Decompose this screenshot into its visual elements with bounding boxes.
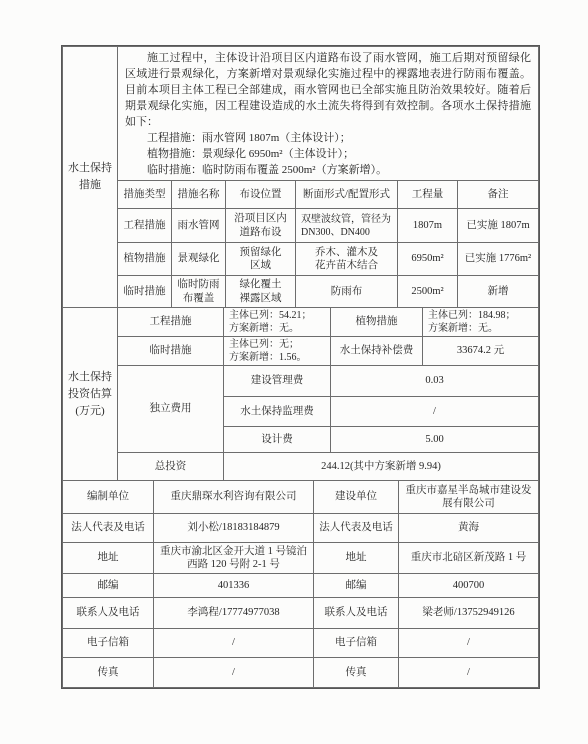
measure-note: 已实施 1807m	[458, 209, 539, 243]
col-header-measure-name: 措施名称	[172, 181, 226, 209]
measure-form: 防雨布	[296, 276, 398, 308]
investment-row-2: 临时措施 主体已列：无； 方案新增：1.56。 水土保持补偿费 33674.2 …	[63, 337, 539, 366]
independent-cost-label: 独立费用	[118, 366, 224, 453]
measure-form: 乔木、灌木及 花卉苗木结合	[296, 243, 398, 276]
compiling-unit-label: 编制单位	[63, 481, 154, 514]
measures-section-label: 水土保持 措施	[63, 47, 118, 308]
fee-value: 5.00	[331, 427, 539, 453]
investment-plant-value: 主体已列：184.98； 方案新增：无。	[423, 308, 539, 337]
measure-note: 已实施 1776m²	[458, 243, 539, 276]
fax-label: 传真	[63, 658, 154, 688]
fax-value: /	[154, 658, 314, 688]
compensation-fee-label: 水土保持补偿费	[331, 337, 423, 366]
soil-conservation-report-table: 水土保持 措施 施工过程中，主体设计沿项目区内道路布设了雨水管网，施工后期对预留…	[61, 45, 540, 689]
contact-row-legal-rep: 法人代表及电话 刘小松/18183184879 法人代表及电话 黄海	[63, 514, 539, 543]
fee-name: 建设管理费	[224, 366, 331, 397]
construction-unit-value: 重庆市嘉星半岛城市建设发 展有限公司	[399, 481, 539, 514]
measure-name: 临时防雨 布覆盖	[172, 276, 226, 308]
col-header-location: 布设位置	[226, 181, 296, 209]
measure-location: 沿项目区内 道路布设	[226, 209, 296, 243]
contact-person-value: 梁老师/13752949126	[399, 598, 539, 629]
address-label: 地址	[314, 543, 399, 574]
fax-value: /	[399, 658, 539, 688]
postcode-label: 邮编	[314, 574, 399, 598]
measures-summary-cell: 施工过程中，主体设计沿项目区内道路布设了雨水管网，施工后期对预留绿化区域进行景观…	[118, 47, 539, 181]
total-investment-row: 总投资 244.12(其中方案新增 9.94)	[63, 453, 539, 481]
fee-value: 0.03	[331, 366, 539, 397]
email-label: 电子信箱	[314, 629, 399, 658]
document-page: 水土保持 措施 施工过程中，主体设计沿项目区内道路布设了雨水管网，施工后期对预留…	[0, 0, 588, 744]
contact-row-postcode: 邮编 401336 邮编 400700	[63, 574, 539, 598]
postcode-value: 401336	[154, 574, 314, 598]
measure-type: 临时措施	[118, 276, 172, 308]
total-investment-label: 总投资	[118, 453, 224, 481]
fax-label: 传真	[314, 658, 399, 688]
measure-name: 景观绿化	[172, 243, 226, 276]
contact-row-fax: 传真 / 传真 /	[63, 658, 539, 688]
summary-plant-line: 植物措施：景观绿化 6950m²（主体设计）；	[125, 146, 531, 162]
measure-quantity: 6950m²	[398, 243, 458, 276]
investment-row-1: 水土保持 投资估算 (万元) 工程措施 主体已列：54.21； 方案新增：无。 …	[63, 308, 539, 337]
postcode-value: 400700	[399, 574, 539, 598]
compensation-fee-value: 33674.2 元	[423, 337, 539, 366]
contact-row-email: 电子信箱 / 电子信箱 /	[63, 629, 539, 658]
email-label: 电子信箱	[63, 629, 154, 658]
col-header-note: 备注	[458, 181, 539, 209]
legal-rep-label: 法人代表及电话	[63, 514, 154, 543]
contact-row-person: 联系人及电话 李鸿程/17774977038 联系人及电话 梁老师/137529…	[63, 598, 539, 629]
investment-engineering-label: 工程措施	[118, 308, 224, 337]
measure-location: 绿化覆土 裸露区域	[226, 276, 296, 308]
contact-row-unit: 编制单位 重庆鼎琛水利咨询有限公司 建设单位 重庆市嘉星半岛城市建设发 展有限公…	[63, 481, 539, 514]
contacts-section: 编制单位 重庆鼎琛水利咨询有限公司 建设单位 重庆市嘉星半岛城市建设发 展有限公…	[62, 480, 539, 688]
col-header-measure-type: 措施类型	[118, 181, 172, 209]
contact-person-label: 联系人及电话	[63, 598, 154, 629]
email-value: /	[399, 629, 539, 658]
contact-person-value: 李鸿程/17774977038	[154, 598, 314, 629]
measure-row-temporary: 临时措施 临时防雨 布覆盖 绿化覆土 裸露区域 防雨布 2500m² 新增	[63, 276, 539, 308]
fee-name: 设计费	[224, 427, 331, 453]
contact-row-address: 地址 重庆市渝北区金开大道 1 号镜泊 西路 120 号附 2-1 号 地址 重…	[63, 543, 539, 574]
investment-temporary-label: 临时措施	[118, 337, 224, 366]
address-value: 重庆市渝北区金开大道 1 号镜泊 西路 120 号附 2-1 号	[154, 543, 314, 574]
investment-engineering-value: 主体已列：54.21； 方案新增：无。	[224, 308, 331, 337]
measure-form: 双壁波纹管，管径为 DN300、DN400	[296, 209, 398, 243]
address-label: 地址	[63, 543, 154, 574]
measure-location: 预留绿化 区域	[226, 243, 296, 276]
legal-rep-value: 刘小松/18183184879	[154, 514, 314, 543]
summary-temporary-line: 临时措施：临时防雨布覆盖 2500m²（方案新增）。	[125, 162, 531, 178]
measure-type: 工程措施	[118, 209, 172, 243]
col-header-section-form: 断面形式/配置形式	[296, 181, 398, 209]
investment-section: 水土保持 投资估算 (万元) 工程措施 主体已列：54.21； 方案新增：无。 …	[62, 307, 539, 481]
summary-engineering-line: 工程措施：雨水管网 1807m（主体设计）；	[125, 130, 531, 146]
investment-temporary-value: 主体已列：无； 方案新增：1.56。	[224, 337, 331, 366]
measure-type: 植物措施	[118, 243, 172, 276]
measure-note: 新增	[458, 276, 539, 308]
summary-paragraph: 施工过程中，主体设计沿项目区内道路布设了雨水管网，施工后期对预留绿化区域进行景观…	[125, 50, 531, 130]
legal-rep-label: 法人代表及电话	[314, 514, 399, 543]
measure-row-plant: 植物措施 景观绿化 预留绿化 区域 乔木、灌木及 花卉苗木结合 6950m² 已…	[63, 243, 539, 276]
contact-person-label: 联系人及电话	[314, 598, 399, 629]
measure-row-engineering: 工程措施 雨水管网 沿项目区内 道路布设 双壁波纹管，管径为 DN300、DN4…	[63, 209, 539, 243]
email-value: /	[154, 629, 314, 658]
measures-header-row: 措施类型 措施名称 布设位置 断面形式/配置形式 工程量 备注	[63, 181, 539, 209]
measure-quantity: 1807m	[398, 209, 458, 243]
construction-unit-label: 建设单位	[314, 481, 399, 514]
measure-quantity: 2500m²	[398, 276, 458, 308]
col-header-quantity: 工程量	[398, 181, 458, 209]
address-value: 重庆市北碚区新茂路 1 号	[399, 543, 539, 574]
measures-section: 水土保持 措施 施工过程中，主体设计沿项目区内道路布设了雨水管网，施工后期对预留…	[62, 46, 539, 308]
legal-rep-value: 黄海	[399, 514, 539, 543]
fee-name: 水土保持监理费	[224, 397, 331, 427]
fee-value: /	[331, 397, 539, 427]
total-investment-value: 244.12(其中方案新增 9.94)	[224, 453, 539, 481]
investment-section-label: 水土保持 投资估算 (万元)	[63, 308, 118, 481]
measure-name: 雨水管网	[172, 209, 226, 243]
fee-row-management: 独立费用 建设管理费 0.03	[63, 366, 539, 397]
investment-plant-label: 植物措施	[331, 308, 423, 337]
postcode-label: 邮编	[63, 574, 154, 598]
compiling-unit-value: 重庆鼎琛水利咨询有限公司	[154, 481, 314, 514]
